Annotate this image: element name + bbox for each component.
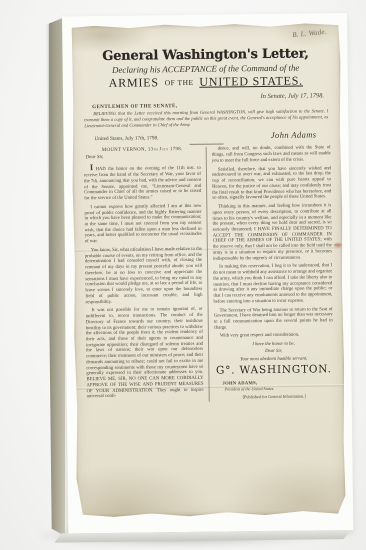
canvas-print: B. L. Wade. General Washington's Letter,…: [46, 13, 347, 540]
canvas-front-face: B. L. Wade. General Washington's Letter,…: [62, 13, 353, 533]
senate-transmittal-block: In Senate, July 17, 1798. GENTLEMEN OF T…: [80, 92, 333, 143]
letter-body-left: I HAD the honor on the evening of the 11…: [84, 161, 204, 400]
letter-paragraph: I have the honor to be,: [214, 341, 333, 348]
letter-body-right: dence, and will, no doubt, combined with…: [212, 146, 333, 340]
letter-closing-lines: I have the honor to be,Dear Sir,Your mos…: [214, 341, 333, 363]
title-armies-word: ARMIES: [109, 75, 159, 90]
john-adams-signature: John Adams: [271, 130, 317, 141]
letter-paragraph: Satisfied, therefore, that you have sinc…: [212, 166, 331, 202]
title-of-the: OF THE: [165, 77, 194, 86]
letter-paragraph: In making this reservation, I beg it to …: [213, 264, 332, 306]
publication-imprint: [Published for General Information.]: [215, 393, 334, 400]
letter-paragraph: With very great respect and consideratio…: [214, 333, 333, 340]
handwritten-annotation: B. L. Wade.: [292, 28, 327, 39]
letter-paragraph: dence, and will, no doubt, combined with…: [212, 146, 331, 165]
letter-paragraph: I cannot express how greatly affected I …: [84, 204, 201, 246]
product-photo: B. L. Wade. General Washington's Letter,…: [0, 0, 366, 550]
senate-place-date: United States, July 17th, 1798.: [94, 136, 158, 143]
addressee-title: President of the United States.: [225, 385, 334, 391]
letter-column-left: MOUNT VERNON, 13th July 1798. Dear Sir, …: [81, 147, 210, 403]
letter-paragraph: Your most obedient humble servant,: [214, 356, 333, 363]
section-divider-rule: [190, 144, 224, 145]
letter-paragraph: Dear Sir,: [214, 349, 333, 356]
title-united-states: UNITED STATES.: [199, 74, 303, 89]
title-armies-line: ARMIES OF THE UNITED STATES.: [80, 73, 332, 91]
letter-paragraph: It was not possible for me to remain ign…: [86, 307, 204, 400]
document-title: General Washington's Letter,: [79, 46, 331, 64]
letter-paragraph: You know, Sir, what calculation I have m…: [85, 247, 203, 306]
letter-paragraph: Thinking in this manner, and feeling how…: [212, 203, 332, 262]
letter-columns: MOUNT VERNON, 13th July 1798. Dear Sir, …: [81, 146, 336, 404]
senate-message: BELIEVING that the Letter received this …: [84, 108, 328, 128]
washington-signature: G°. WASHINGTON.: [214, 364, 333, 378]
document-content: B. L. Wade. General Washington's Letter,…: [70, 22, 346, 518]
senate-footer-row: United States, July 17th, 1798. John Ada…: [94, 130, 316, 143]
document-paper: B. L. Wade. General Washington's Letter,…: [70, 22, 346, 518]
letter-paragraph: I HAD the honor on the evening of the 11…: [84, 161, 201, 202]
letter-column-right: dence, and will, no doubt, combined with…: [207, 146, 336, 402]
letter-paragraph: The Secretary of War being anxious to re…: [214, 307, 333, 331]
